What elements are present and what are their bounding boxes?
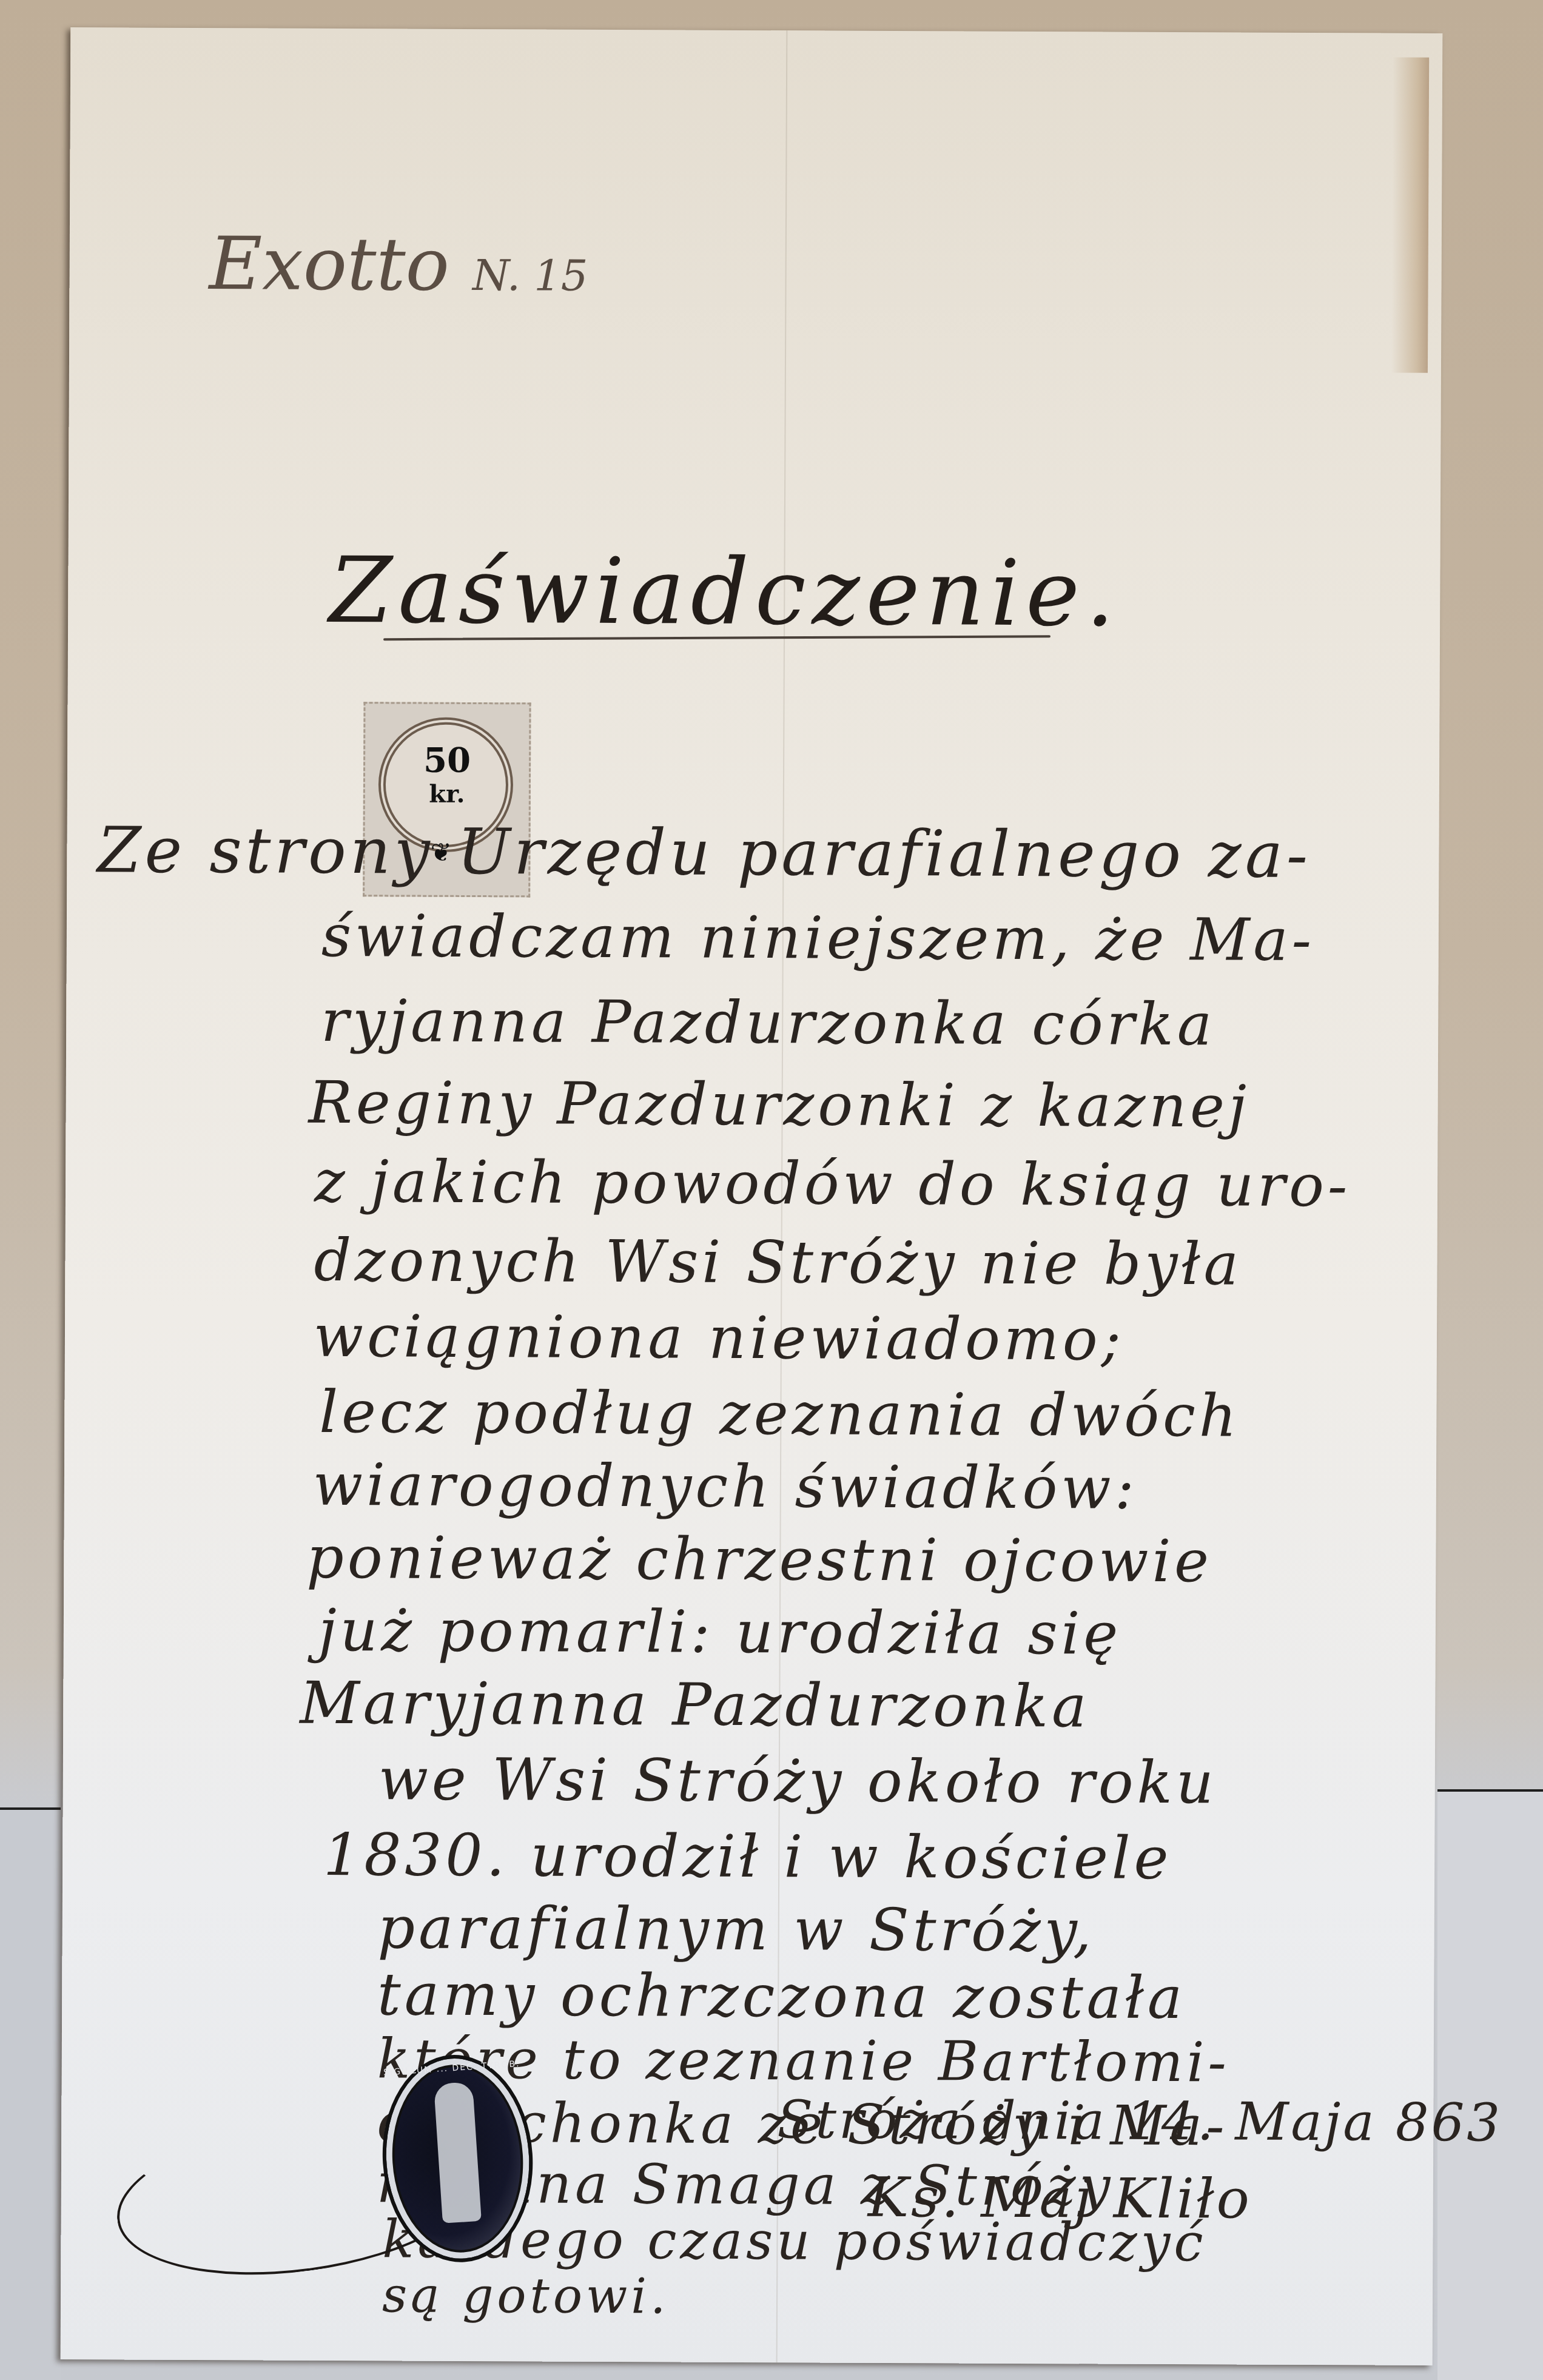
body-line-1: Ze strony Urzędu parafialnego za-: [97, 813, 1311, 892]
background-surface-lower-left: [0, 1807, 61, 2380]
body-line-13: we Wsi Stróży około roku: [378, 1745, 1217, 1817]
body-line-5: z jakich powodów do ksiąg uro-: [314, 1148, 1351, 1220]
body-line-14: 1830. urodził i w kościele: [323, 1821, 1172, 1892]
place-and-date: Stróża dnia 14. Maja 863: [777, 2089, 1502, 2153]
signature: Ks. Maj Kliło: [868, 2166, 1252, 2231]
body-line-16: tamy ochrzczona została: [377, 1960, 1186, 2032]
document-page: Exotto N. 15 Zaświadczenie. 50 kr. ❦ Ze …: [61, 27, 1443, 2365]
document-title: Zaświadczenie.: [329, 538, 1121, 647]
reference-label: Exotto: [209, 222, 449, 308]
stamp-unit: kr.: [365, 779, 529, 808]
body-line-7: wciągniona niewiadomo;: [314, 1302, 1125, 1374]
body-line-2: świadczam niniejszem, że Ma-: [321, 902, 1316, 974]
bishop-figure-icon: [434, 2082, 482, 2224]
body-line-10: ponieważ chrzestni ojcowie: [306, 1524, 1212, 1596]
stamp-value: 50: [365, 740, 529, 781]
background-surface-lower-right: [1437, 1789, 1543, 2380]
body-line-15: parafialnym w Stróży,: [377, 1894, 1095, 1965]
reference-value: N. 15: [472, 250, 588, 301]
paper-stain: [1391, 58, 1429, 373]
body-line-8: lecz podług zeznania dwóch: [319, 1378, 1240, 1450]
reference-number: Exotto N. 15: [209, 222, 588, 308]
body-line-11: już pomarli: urodziła się: [318, 1596, 1122, 1668]
body-line-21: są gotowi.: [382, 2267, 670, 2324]
body-line-6: dzonych Wsi Stróży nie była: [314, 1226, 1242, 1299]
body-line-12: Maryjanna Pazdurzonka: [300, 1669, 1090, 1741]
body-line-4: Reginy Pazdurzonki z kaznej: [308, 1069, 1250, 1141]
body-line-3: ryjanna Pazdurzonka córka: [321, 987, 1215, 1058]
body-line-9: wiarogodnych świadków:: [313, 1451, 1138, 1522]
